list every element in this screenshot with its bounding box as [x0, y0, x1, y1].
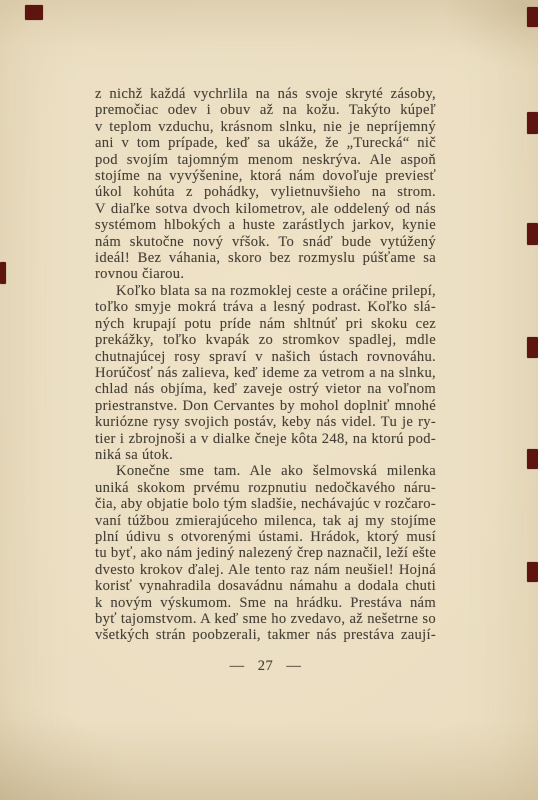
text-line: kuriózne rysy svojich postáv, keby nás v… [95, 414, 436, 430]
text-line: plní údivu s otvorenými ústami. Hrádok, … [95, 529, 436, 545]
edge-mark [527, 7, 538, 27]
text-line: priestranstve. Don Cervantes by mohol do… [95, 398, 436, 414]
edge-mark [527, 562, 538, 582]
text-line: ideál! Bez váhania, skoro bez rozmyslu p… [95, 250, 436, 266]
text-line: Koľko blata sa na rozmoklej ceste a oráč… [95, 283, 436, 299]
text-line: ných krupají potu príde nám shltnúť pri … [95, 316, 436, 332]
text-line: čia, aby objatie bolo tým sladšie, nechá… [95, 496, 436, 512]
text-line: vaní túžbou zmierajúceho milenca, tak aj… [95, 513, 436, 529]
text-line: premočiac odev i obuv až na kožu. Takýto… [95, 102, 436, 118]
text-line: Konečne sme tam. Ale ako šelmovská milen… [95, 463, 436, 479]
text-line: dvesto krokov ďalej. Ale tento raz nám n… [95, 562, 436, 578]
page-number: — 27 — [95, 658, 436, 674]
text-line: V diaľke sotva dvoch kilometrov, ale odd… [95, 201, 436, 217]
text-line: korisť vynahradila dosavádnu námahu a do… [95, 578, 436, 594]
text-line: Horúčosť nás zalieva, keď ideme za vetro… [95, 365, 436, 381]
edge-mark [527, 337, 538, 358]
text-line: stojíme na vyvýšenine, ktorá nám dovoľuj… [95, 168, 436, 184]
text-line: uniká skokom prvému rozpnutiu nedočkavéh… [95, 480, 436, 496]
text-line: v teplom vzduchu, krásnom slnku, nie je … [95, 119, 436, 135]
book-page: z nichž každá vychrlila na nás svoje skr… [0, 0, 538, 800]
text-line: k novým výskumom. Sme na hrádku. Prestáv… [95, 595, 436, 611]
edge-mark [527, 223, 538, 245]
text-line: prekážky, toľko kvapák zo stromkov spadl… [95, 332, 436, 348]
text-line: nám skutočne nový vŕšok. To snáď bude vy… [95, 234, 436, 250]
text-line: niká sa útok. [95, 447, 436, 463]
text-line: systémom hlbokých a huste zarástlych jar… [95, 217, 436, 233]
text-line: ani v tom prípade, keď sa ukáže, že „Tur… [95, 135, 436, 151]
text-line: všetkých strán poobzerali, takmer nás pr… [95, 627, 436, 643]
edge-mark [527, 112, 538, 134]
text-line: rovnou čiarou. [95, 266, 436, 282]
text-line: tu byť, ako nám jediný nalezený črep naz… [95, 545, 436, 561]
edge-mark [0, 262, 6, 284]
text-line: pod svojím tajomným menom neskrýva. Ale … [95, 152, 436, 168]
text-line: chutnajúcej rosy spraví v našich ústach … [95, 349, 436, 365]
text-line: z nichž každá vychrlila na nás svoje skr… [95, 86, 436, 102]
text-line: toľko smyje mokrá tráva a lesný podrast.… [95, 299, 436, 315]
text-line: úkol kohúta z pohádky, vylietnuvšieho na… [95, 184, 436, 200]
text-block: z nichž každá vychrlila na nás svoje skr… [95, 86, 436, 644]
text-line: tier i zbrojnoši a v dialke čneje kôta 2… [95, 431, 436, 447]
text-line: chlad nás objíma, keď zaveje ostrý vieto… [95, 381, 436, 397]
text-line: byť tajomstvom. A keď sme ho zvedavo, až… [95, 611, 436, 627]
edge-mark [25, 5, 43, 20]
edge-mark [527, 449, 538, 469]
